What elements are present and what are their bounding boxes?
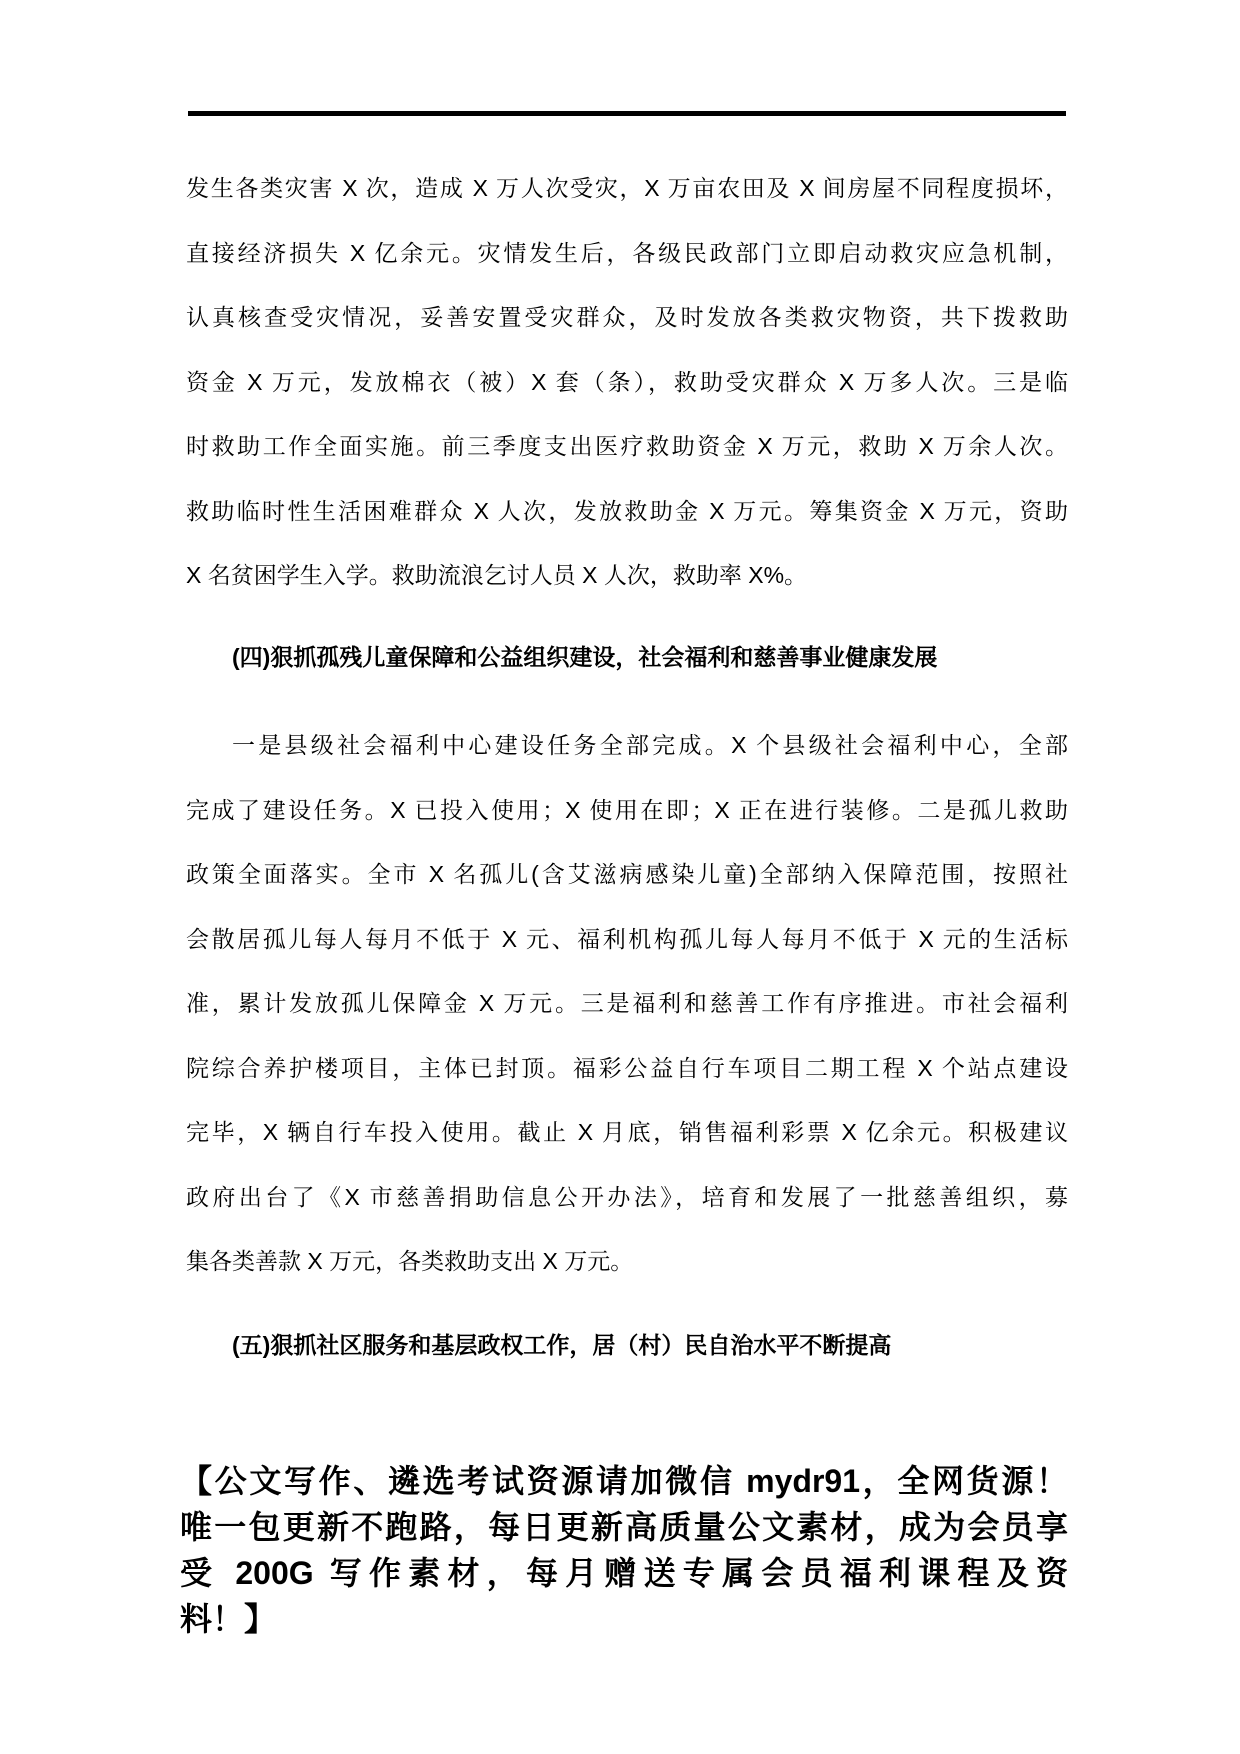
text-line: 唯一包更新不跑路，每日更新高质量公文素材，成为会员享 xyxy=(180,1504,1068,1550)
text-line: 【公文写作、遴选考试资源请加微信 mydr91，全网货源！ xyxy=(180,1458,1068,1504)
promo-notice: 【公文写作、遴选考试资源请加微信 mydr91，全网货源！唯一包更新不跑路，每日… xyxy=(180,1458,1068,1642)
text-line: X 名贫困学生入学。救助流浪乞讨人员 X 人次，救助率 X%。 xyxy=(186,543,1068,608)
document-page: 发生各类灾害 X 次，造成 X 万人次受灾，X 万亩农田及 X 间房屋不同程度损… xyxy=(0,0,1240,1754)
paragraph-disaster-relief: 发生各类灾害 X 次，造成 X 万人次受灾，X 万亩农田及 X 间房屋不同程度损… xyxy=(186,156,1068,608)
text-line: 直接经济损失 X 亿余元。灾情发生后，各级民政部门立即启动救灾应急机制， xyxy=(186,221,1068,286)
text-line: 院综合养护楼项目，主体已封顶。福彩公益自行车项目二期工程 X 个站点建设 xyxy=(186,1036,1068,1101)
section-heading-5: (五)狠抓社区服务和基层政权工作，居（村）民自治水平不断提高 xyxy=(186,1313,1068,1378)
text-line: 资金 X 万元，发放棉衣（被）X 套（条），救助受灾群众 X 万多人次。三是临 xyxy=(186,350,1068,415)
text-line: 料！】 xyxy=(180,1596,1068,1642)
text-line: 会散居孤儿每人每月不低于 X 元、福利机构孤儿每人每月不低于 X 元的生活标 xyxy=(186,907,1068,972)
text-line: 时救助工作全面实施。前三季度支出医疗救助资金 X 万元，救助 X 万余人次。 xyxy=(186,414,1068,479)
text-line: 发生各类灾害 X 次，造成 X 万人次受灾，X 万亩农田及 X 间房屋不同程度损… xyxy=(186,156,1068,221)
text-line: 救助临时性生活困难群众 X 人次，发放救助金 X 万元。筹集资金 X 万元，资助 xyxy=(186,479,1068,544)
paragraph-welfare-charity: 一是县级社会福利中心建设任务全部完成。X 个县级社会福利中心，全部完成了建设任务… xyxy=(186,713,1068,1294)
text-line: 一是县级社会福利中心建设任务全部完成。X 个县级社会福利中心，全部 xyxy=(186,713,1068,778)
text-line: 受 200G 写作素材，每月赠送专属会员福利课程及资 xyxy=(180,1550,1068,1596)
text-line: 集各类善款 X 万元，各类救助支出 X 万元。 xyxy=(186,1229,1068,1294)
text-line: 政策全面落实。全市 X 名孤儿(含艾滋病感染儿童)全部纳入保障范围，按照社 xyxy=(186,842,1068,907)
section-heading-4: (四)狠抓孤残儿童保障和公益组织建设，社会福利和慈善事业健康发展 xyxy=(186,625,1068,690)
text-line: 认真核查受灾情况，妥善安置受灾群众，及时发放各类救灾物资，共下拨救助 xyxy=(186,285,1068,350)
text-line: 政府出台了《X 市慈善捐助信息公开办法》，培育和发展了一批慈善组织，募 xyxy=(186,1165,1068,1230)
text-line: 完毕，X 辆自行车投入使用。截止 X 月底，销售福利彩票 X 亿余元。积极建议 xyxy=(186,1100,1068,1165)
header-rule xyxy=(188,111,1066,116)
text-line: 准，累计发放孤儿保障金 X 万元。三是福利和慈善工作有序推进。市社会福利 xyxy=(186,971,1068,1036)
text-line: 完成了建设任务。X 已投入使用；X 使用在即；X 正在进行装修。二是孤儿救助 xyxy=(186,778,1068,843)
